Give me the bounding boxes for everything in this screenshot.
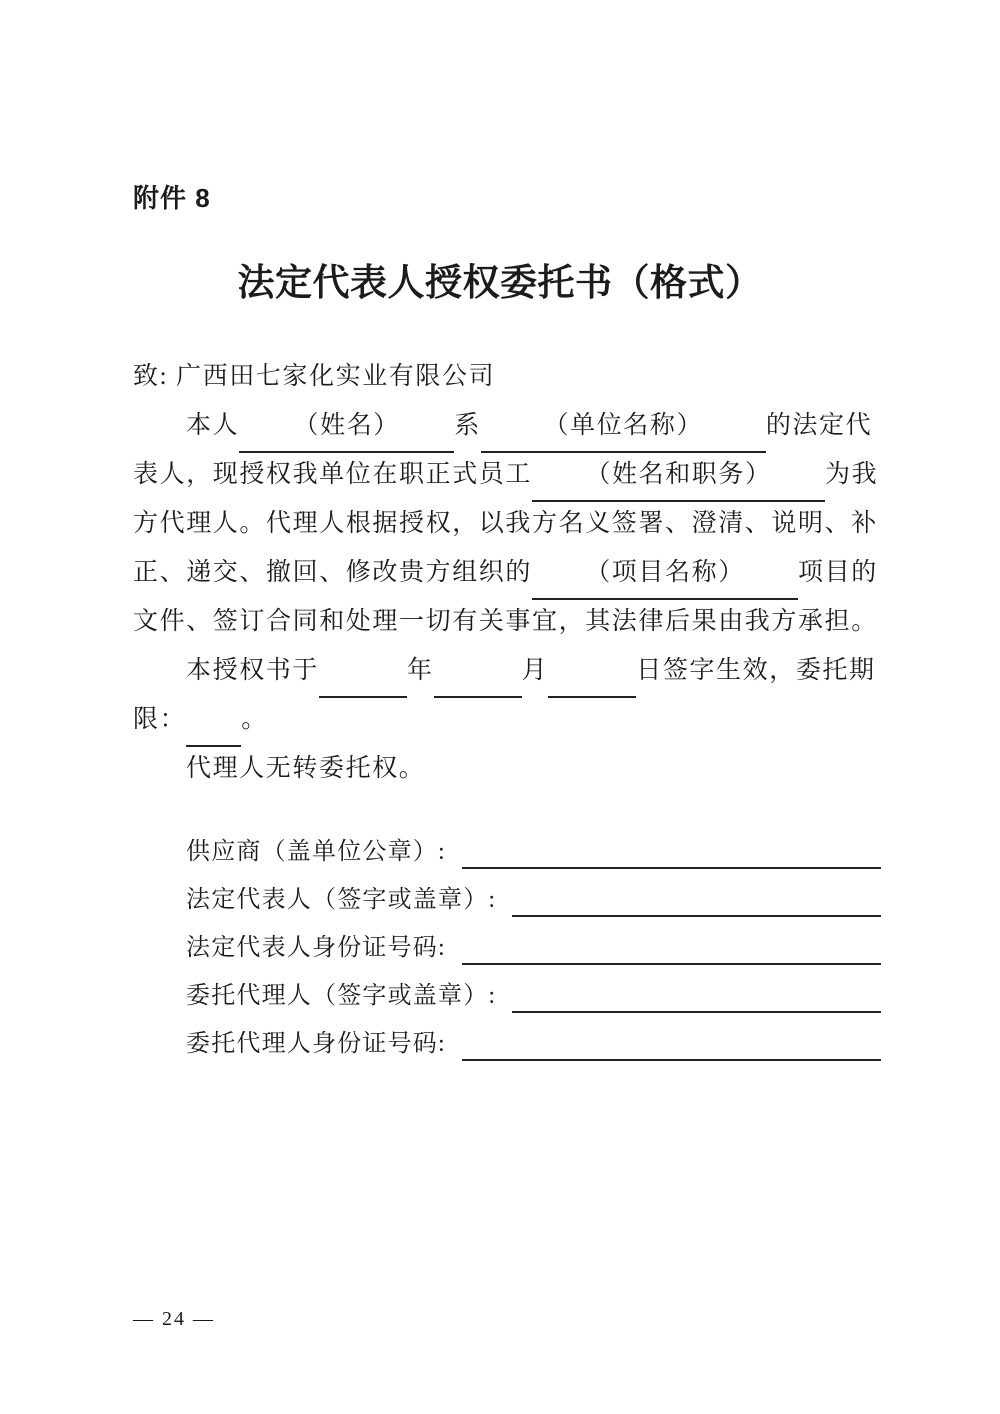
signature-label: 法定代表人身份证号码: xyxy=(186,924,446,972)
body-text: 本授权书于 xyxy=(186,657,319,684)
body-text: 日签字生效，委托期 xyxy=(636,657,875,684)
signature-label: 委托代理人身份证号码: xyxy=(186,1020,446,1068)
body-text: 年 xyxy=(407,657,434,684)
signature-blank-line xyxy=(512,972,881,1013)
signature-label: 委托代理人（签字或盖章）: xyxy=(186,972,496,1020)
signature-blank-line xyxy=(462,924,881,965)
signature-blank-line xyxy=(512,876,881,917)
body-line: 表人，现授权我单位在职正式员工（姓名和职务）为我 xyxy=(133,450,881,499)
body-line: 方代理人。代理人根据授权，以我方名义签署、澄清、说明、补 xyxy=(133,499,881,548)
body-text: 。 xyxy=(241,706,268,733)
body-line: 限：。 xyxy=(133,695,881,744)
recipient-line: 致: 广西田七家化实业有限公司 xyxy=(133,352,881,401)
attachment-label: 附件 8 xyxy=(133,178,211,215)
signature-row-agent: 委托代理人（签字或盖章）: xyxy=(133,972,881,1020)
signature-row-agent-id: 委托代理人身份证号码: xyxy=(133,1020,881,1068)
body-line: 本授权书于年月日签字生效，委托期 xyxy=(133,646,881,695)
body-text: 项目的 xyxy=(798,559,878,586)
document-body: 致: 广西田七家化实业有限公司 本人（姓名）系（单位名称）的法定代 表人，现授权… xyxy=(133,352,881,793)
page-number: — 24 — xyxy=(133,1308,215,1331)
body-text: 月 xyxy=(522,657,549,684)
body-line: 正、递交、撤回、修改贵方组织的（项目名称）项目的 xyxy=(133,548,881,597)
signature-label: 供应商（盖单位公章）: xyxy=(186,828,446,876)
body-text: 的法定代 xyxy=(766,412,872,439)
signature-blank-line xyxy=(462,828,881,869)
signature-blank-line xyxy=(462,1020,881,1061)
blank-name-field: （姓名） xyxy=(239,401,454,453)
body-line: 文件、签订合同和处理一切有关事宜，其法律后果由我方承担。 xyxy=(133,597,881,646)
body-text: 表人，现授权我单位在职正式员工 xyxy=(133,461,532,488)
signature-row-supplier: 供应商（盖单位公章）: xyxy=(133,828,881,876)
body-line: 本人（姓名）系（单位名称）的法定代 xyxy=(133,401,881,450)
document-page: 附件 8 法定代表人授权委托书（格式） 致: 广西田七家化实业有限公司 本人（姓… xyxy=(0,0,1000,1414)
body-text: 正、递交、撤回、修改贵方组织的 xyxy=(133,559,532,586)
blank-month-field xyxy=(434,646,522,698)
blank-day-field xyxy=(548,646,636,698)
blank-year-field xyxy=(319,646,407,698)
signature-row-legal-rep: 法定代表人（签字或盖章）: xyxy=(133,876,881,924)
document-title: 法定代表人授权委托书（格式） xyxy=(0,252,1000,306)
blank-term-field xyxy=(186,695,241,747)
signature-row-legal-rep-id: 法定代表人身份证号码: xyxy=(133,924,881,972)
body-line: 代理人无转委托权。 xyxy=(133,744,881,793)
body-text: 本人 xyxy=(186,412,239,439)
signature-label: 法定代表人（签字或盖章）: xyxy=(186,876,496,924)
body-text: 限： xyxy=(133,706,186,733)
blank-project-name-field: （项目名称） xyxy=(532,548,798,600)
blank-name-title-field: （姓名和职务） xyxy=(532,450,825,502)
signature-block: 供应商（盖单位公章）: 法定代表人（签字或盖章）: 法定代表人身份证号码: 委托… xyxy=(133,828,881,1068)
body-text: 系 xyxy=(454,412,481,439)
body-text: 为我 xyxy=(825,461,878,488)
blank-unit-name-field: （单位名称） xyxy=(481,401,766,453)
